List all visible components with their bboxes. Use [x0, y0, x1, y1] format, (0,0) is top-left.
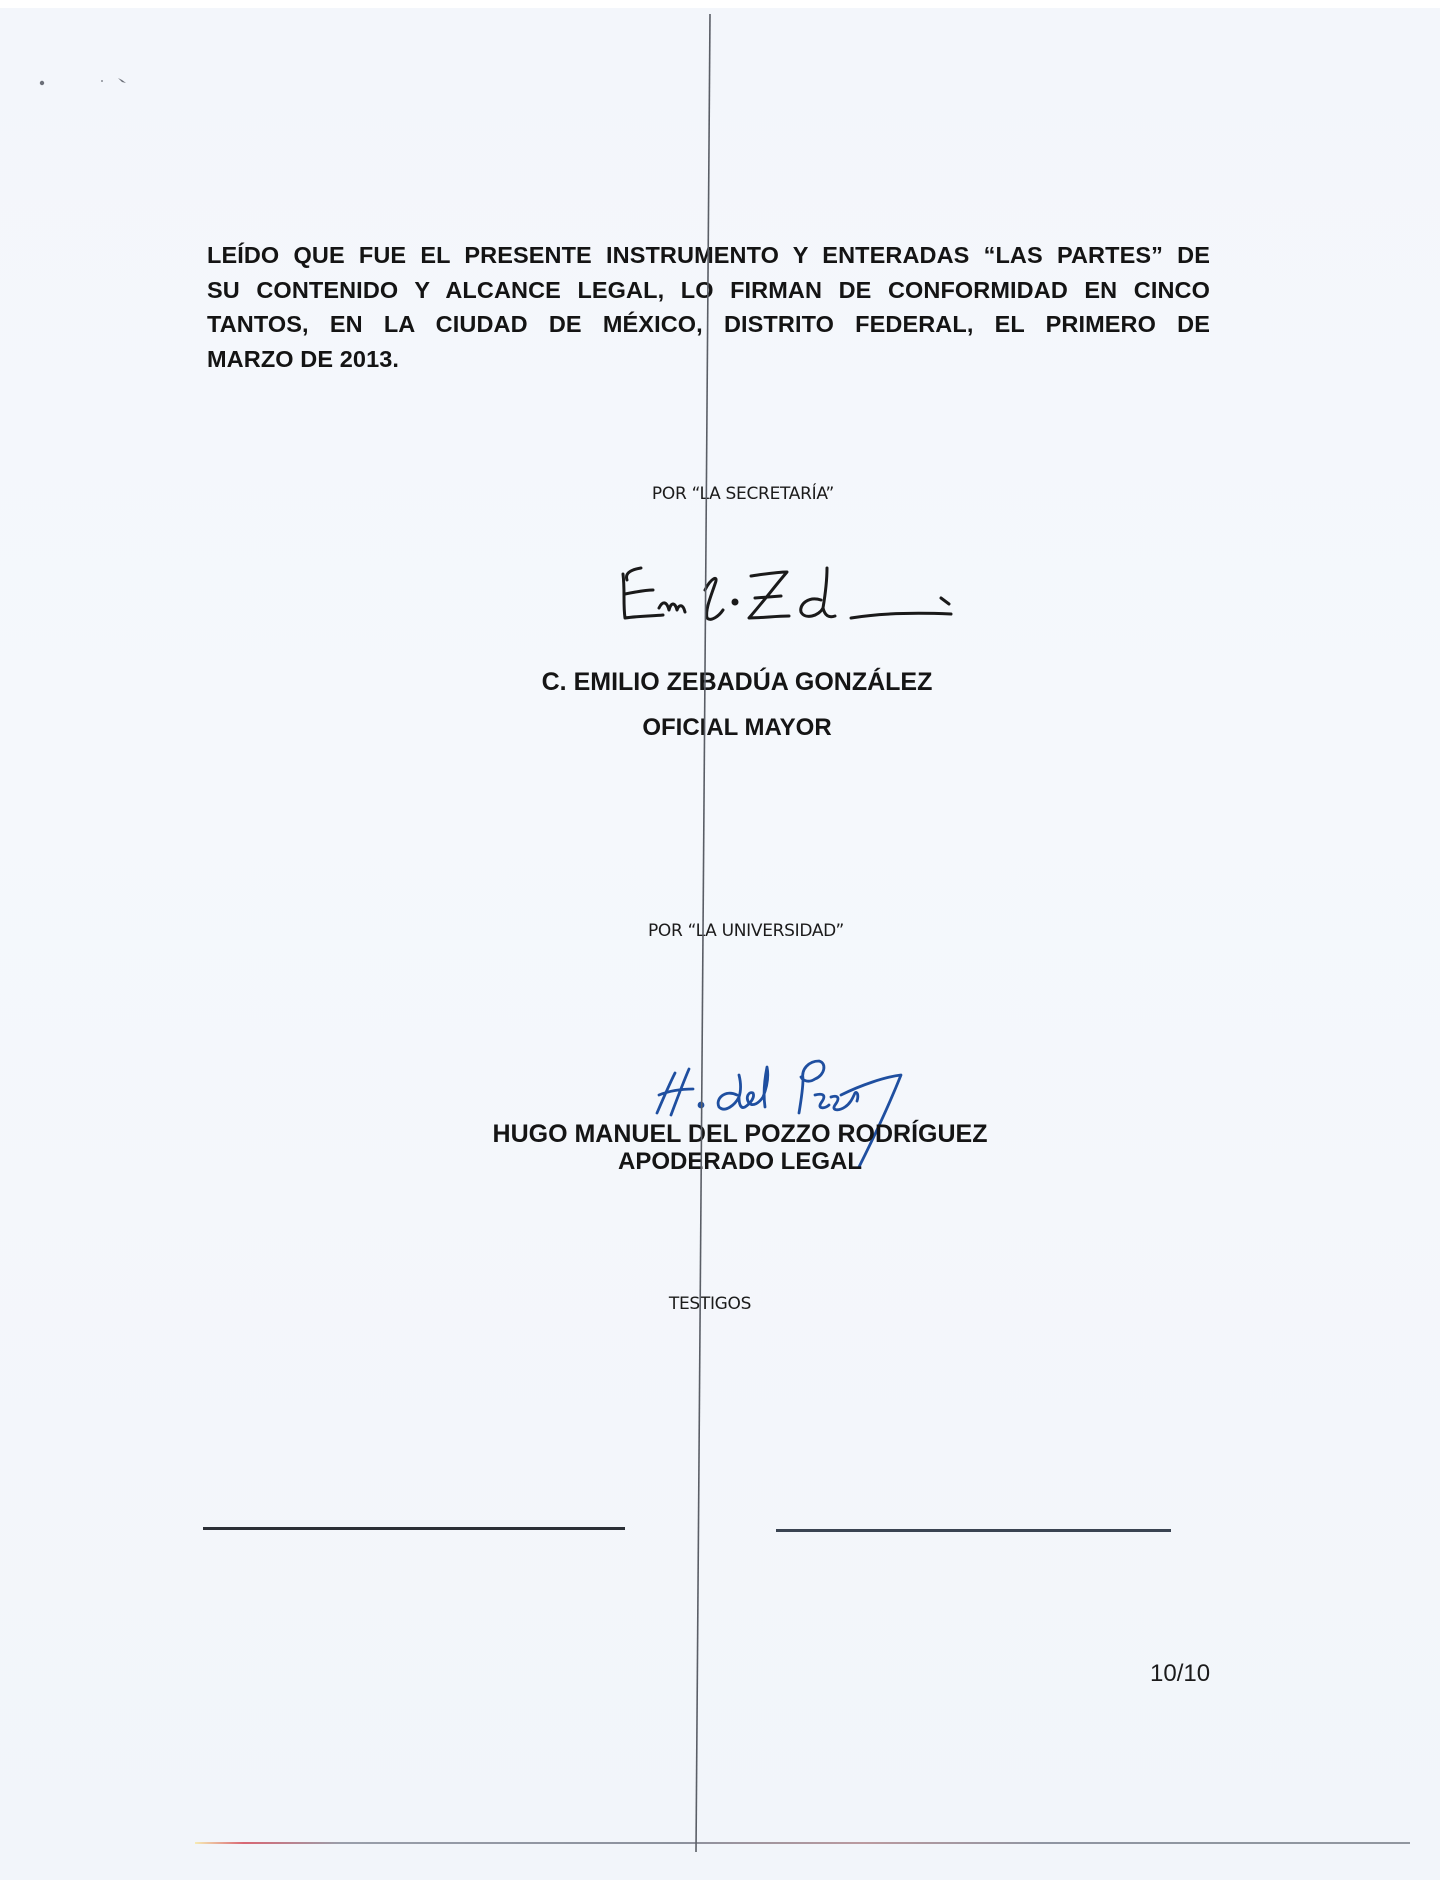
party-label-universidad: POR “LA UNIVERSIDAD”: [648, 921, 844, 941]
witness-signature-line-left: [203, 1527, 625, 1530]
paragraph-line: MARZO DE 2013.: [207, 342, 1210, 377]
paragraph-line: SU CONTENIDO Y ALCANCE LEGAL, LO FIRMAN …: [207, 273, 1210, 308]
witness-signature-line-right: [776, 1529, 1171, 1532]
signatory-name-emilio-zebadua: C. EMILIO ZEBADÚA GONZÁLEZ: [542, 668, 933, 697]
witnesses-label: TESTIGOS: [669, 1294, 751, 1314]
signatory-role-oficial-mayor: OFICIAL MAYOR: [642, 714, 831, 742]
signatory-role-apoderado-legal: APODERADO LEGAL: [618, 1148, 862, 1176]
party-label-secretaria: POR “LA SECRETARÍA”: [652, 484, 834, 504]
bottom-rule: [195, 1842, 1410, 1844]
closing-paragraph: LEÍDO QUE FUE EL PRESENTE INSTRUMENTO Y …: [207, 238, 1210, 376]
paragraph-line: LEÍDO QUE FUE EL PRESENTE INSTRUMENTO Y …: [207, 238, 1210, 273]
signatory-name-hugo-del-pozzo: HUGO MANUEL DEL POZZO RODRÍGUEZ: [493, 1120, 988, 1149]
paragraph-line: TANTOS, EN LA CIUDAD DE MÉXICO, DISTRITO…: [207, 307, 1210, 342]
page-number: 10/10: [1150, 1660, 1210, 1688]
scan-specks-decoration: [38, 74, 138, 88]
signature-emilio-zebadua: [615, 560, 975, 640]
